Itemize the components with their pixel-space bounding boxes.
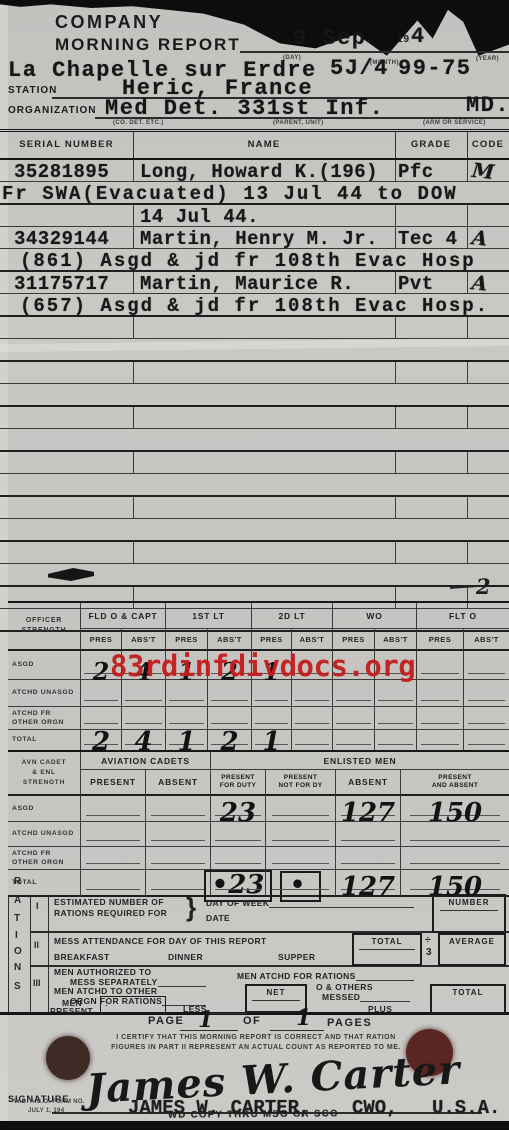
- subhead-pres: PRES: [332, 629, 374, 651]
- total-1lt-pres: 1: [165, 730, 207, 752]
- subhead-abst: ABS'T: [207, 629, 251, 651]
- sublabel-co: (CO. DET. ETC.): [113, 120, 164, 126]
- row-atchd-fr-other: ATCHD FR OTHER ORGN: [8, 707, 80, 730]
- total-box: TOTAL: [352, 933, 422, 966]
- year-preprint: 19: [397, 34, 410, 45]
- total-fld-pres: 2: [80, 730, 121, 752]
- pencil-annotation: 2: [450, 574, 491, 599]
- asgd-absent: 127: [335, 796, 400, 822]
- col-code: CODE: [467, 139, 509, 150]
- roster-blank-row: [0, 497, 509, 519]
- roster-header-row: SERIAL NUMBER NAME GRADE CODE: [0, 132, 509, 160]
- total-absent: 127: [335, 870, 400, 897]
- code-mark: A: [471, 225, 489, 251]
- roster-table: SERIAL NUMBER NAME GRADE CODE 35281895 L…: [0, 129, 509, 632]
- roster-blank-row: [0, 407, 509, 429]
- subhead-absent-enlisted: ABSENT: [335, 770, 400, 796]
- average-box: AVERAGE: [438, 933, 506, 966]
- remark-text: 14 Jul 44.: [140, 206, 259, 228]
- remark-text: (657) Asgd & jd fr 108th Evac Hosp.: [20, 295, 489, 317]
- serial-number: 34329144: [14, 228, 109, 250]
- group-enlisted-men: ENLISTED MEN: [210, 752, 509, 770]
- pencil-dash: [450, 585, 476, 589]
- divisor-three: 3: [426, 947, 432, 958]
- date-day-month: 9 Sep: [293, 26, 367, 51]
- rations-letter: S: [14, 981, 21, 992]
- form-title-line1: COMPANY: [55, 12, 163, 33]
- subhead-pres: PRES: [80, 629, 121, 651]
- roster-row: 34329144 Martin, Henry M. Jr. Tec 4 A: [0, 227, 509, 249]
- rations-required-label: RATIONS REQUIRED FOR: [54, 908, 167, 918]
- supper-label: SUPPER: [278, 952, 315, 962]
- roster-blank-row: [0, 317, 509, 339]
- men-authorized-label: MEN AUTHORIZED TO: [54, 967, 151, 977]
- rations-letter: N: [14, 962, 21, 973]
- breakfast-label: BREAKFAST: [54, 952, 110, 962]
- subhead-abst: ABS'T: [291, 629, 332, 651]
- subhead-pres: PRES: [251, 629, 291, 651]
- date-year-digit: 4: [411, 24, 426, 49]
- messed-label: MESSED: [322, 992, 410, 1002]
- date-label: DATE: [206, 913, 230, 923]
- total-present-for-duty: •23: [210, 870, 265, 897]
- row-asgd: ASGD: [8, 651, 80, 680]
- col-serial-number: SERIAL NUMBER: [0, 139, 133, 150]
- subhead-abst: ABS'T: [121, 629, 165, 651]
- soldier-name: Martin, Maurice R.: [140, 273, 354, 295]
- date-rule: [240, 51, 509, 53]
- present-label: PRESENT: [50, 1006, 93, 1016]
- typed-signature-branch: U.S.A.: [432, 1097, 500, 1119]
- rations-total-box: TOTAL: [430, 984, 506, 1014]
- grade: Pfc: [398, 161, 434, 183]
- o-and-others-label: O & OTHERS: [316, 982, 373, 992]
- rations-letter: A: [14, 895, 21, 906]
- remark-text: (861) Asgd & jd fr 108th Evac Hosp: [20, 250, 476, 272]
- page-label: PAGE: [148, 1015, 184, 1027]
- roster-blank-row: [0, 429, 509, 452]
- enlisted-strength-table: AVN CADET & ENL STRENGTH AVIATION CADETS…: [8, 750, 509, 897]
- total-not-for-duty: •: [265, 870, 335, 897]
- subhead-pres: PRES: [165, 629, 207, 651]
- rations-letter: O: [14, 946, 22, 957]
- punch-hole-left: [46, 1036, 90, 1080]
- group-2d-lt: 2D LT: [251, 603, 332, 629]
- group-flt-o: FLT O: [416, 603, 509, 629]
- serial-number: 31175717: [14, 273, 109, 295]
- dinner-label: DINNER: [168, 952, 203, 962]
- code-mark: M: [471, 158, 496, 184]
- row-total: TOTAL: [8, 730, 80, 752]
- label-year: (YEAR): [476, 56, 499, 62]
- rations-numeral-2: II: [34, 940, 39, 950]
- site-watermark: 83rdinfdivdocs.org: [110, 649, 415, 683]
- rations-numeral-3: III: [33, 978, 41, 988]
- arm-of-service-value: MD.: [466, 93, 509, 118]
- roster-blank-row: [0, 339, 509, 362]
- row-asgd: ASGD: [8, 796, 80, 822]
- roster-blank-row: [0, 474, 509, 497]
- coords-b: 99-75: [398, 56, 472, 81]
- group-1st-lt: 1ST LT: [165, 603, 251, 629]
- subhead-present-and-absent: PRESENTAND ABSENT: [400, 770, 509, 796]
- col-name: NAME: [133, 139, 395, 150]
- pencil-number: 2: [476, 574, 491, 599]
- subhead-abst: ABS'T: [374, 629, 416, 651]
- wd-copy-stamp: WD COPY THRU MSG OR SCO: [168, 1108, 339, 1120]
- roster-blank-row: [0, 452, 509, 474]
- scan-bottom-edge: [0, 1121, 509, 1130]
- asgd-present-and-absent: 150: [400, 796, 509, 822]
- station-label: STATION: [8, 85, 57, 96]
- of-label: OF: [243, 1015, 261, 1027]
- row-atchd-fr-other: ATCHD FR OTHER ORGN: [8, 847, 80, 870]
- form-number: W.D. A.G.O. FORM NO.: [14, 1099, 85, 1105]
- rations-numeral-1: I: [36, 901, 39, 911]
- roster-blank-row: [0, 384, 509, 407]
- sublabel-parent: (PARENT, UNIT): [273, 120, 324, 126]
- roster-remark-row: (861) Asgd & jd fr 108th Evac Hosp: [0, 249, 509, 272]
- divide-sign: ÷: [425, 935, 431, 946]
- brace: }: [186, 892, 196, 923]
- remark-text: Fr SWA(Evacuated) 13 Jul 44 to DOW: [2, 183, 458, 205]
- typed-signature-rank: CWO,: [352, 1097, 398, 1119]
- subhead-present-for-duty: PRESENTFOR DUTY: [210, 770, 265, 796]
- pages-total-number: 1: [296, 1005, 311, 1031]
- handwritten-signature: James W. Carter: [85, 1046, 461, 1113]
- grade: Pvt: [398, 273, 434, 295]
- soldier-name: Long, Howard K.(196): [140, 161, 378, 183]
- total-present-and-absent: 150: [400, 870, 509, 897]
- subhead-pres: PRES: [416, 629, 463, 651]
- organization-label: ORGANIZATION: [8, 105, 96, 116]
- code-mark: A: [471, 270, 489, 296]
- sublabel-arm: (ARM OR SERVICE): [423, 120, 486, 126]
- row-atchd-unasgd: ATCHD UNASGD: [8, 822, 80, 847]
- row-atchd-unasgd: ATCHD UNASGD: [8, 680, 80, 707]
- grade: Tec 4: [398, 228, 458, 250]
- total-fld-abst: 4: [121, 730, 165, 752]
- form-title-line2: MORNING REPORT: [55, 35, 241, 55]
- men-atchd-other-label: MEN ATCHD TO OTHER: [54, 986, 157, 996]
- subhead-present-not-for-duty: PRESENTNOT FOR DY: [265, 770, 335, 796]
- morning-report-scan: COMPANY MORNING REPORT 9 Sep 19 4 (DAY) …: [0, 0, 509, 1130]
- group-wo: WO: [332, 603, 416, 629]
- roster-row: 35281895 Long, Howard K.(196) Pfc M: [0, 160, 509, 182]
- roster-remark-row: Fr SWA(Evacuated) 13 Jul 44 to DOW: [0, 182, 509, 205]
- coords-a: 5J/4: [330, 56, 389, 81]
- roster-blank-row: [0, 542, 509, 564]
- estimated-number-label: ESTIMATED NUMBER OF: [54, 897, 164, 907]
- men-present-box: :: [100, 996, 166, 1014]
- roster-blank-row: [0, 519, 509, 542]
- serial-number: 35281895: [14, 161, 109, 183]
- mess-attendance-label: MESS ATTENDANCE FOR DAY OF THIS REPORT: [54, 936, 267, 946]
- subhead-abst: ABS'T: [463, 629, 509, 651]
- men-atchd-for-rations-label: MEN ATCHD FOR RATIONS: [237, 971, 414, 981]
- rations-letter: R: [14, 876, 21, 887]
- subhead-present: PRESENT: [80, 770, 145, 796]
- roster-row: 31175717 Martin, Maurice R. Pvt A: [0, 272, 509, 294]
- officer-strength-corner: OFFICER STRENGTH: [8, 603, 80, 651]
- total-1lt-abst: 2: [207, 730, 251, 752]
- roster-remark-row: 14 Jul 44.: [0, 205, 509, 227]
- pages-label: PAGES: [327, 1017, 372, 1029]
- col-grade: GRADE: [395, 139, 467, 150]
- rations-letter: I: [15, 930, 18, 941]
- roster-remark-row: (657) Asgd & jd fr 108th Evac Hosp.: [0, 294, 509, 317]
- soldier-name: Martin, Henry M. Jr.: [140, 228, 378, 250]
- group-fld-o-capt: FLD O & CAPT: [80, 603, 165, 629]
- plus-label: PLUS: [368, 1004, 392, 1014]
- asgd-present-for-duty: 23: [210, 796, 265, 822]
- organization-rule: [95, 117, 509, 119]
- total-2lt-pres: 1: [251, 730, 291, 752]
- enlisted-corner: AVN CADET & ENL STRENGTH: [8, 752, 80, 796]
- roster-blank-row: [0, 362, 509, 384]
- form-date: JULY 1, 194: [28, 1108, 64, 1114]
- rations-letter: T: [14, 913, 20, 924]
- less-label: LESS: [183, 1004, 247, 1014]
- subhead-absent: ABSENT: [145, 770, 210, 796]
